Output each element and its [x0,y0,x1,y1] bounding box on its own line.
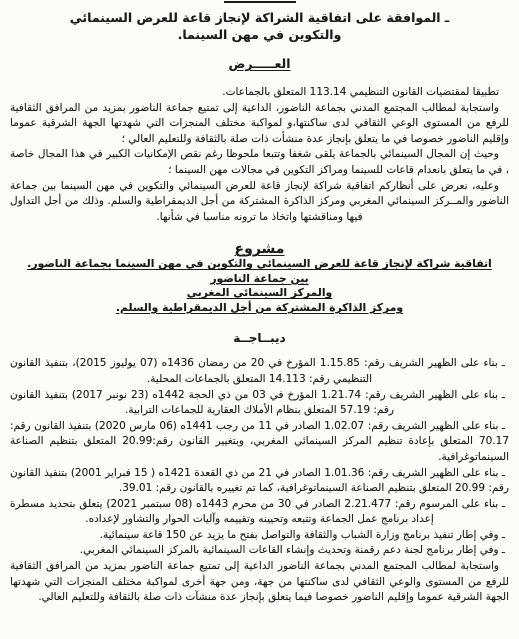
project-title-block: مشروع اتفاقية شراكة لإنجاز قاعة للعرض ال… [10,241,509,315]
expose-paragraph-3: وحيث إن المجال السينمائي بالجماعة يلقى ش… [10,147,509,178]
preamble-clause-7: ـ وفي إطار برنامج لجنة دعم رقمنة وتحديث … [10,543,509,559]
scanned-document-page: ـ الموافقة على اتفاقية الشراكة لإنجاز قا… [0,0,519,639]
expose-paragraph-2: واستجابة لمطالب المجتمع المدني بجماعة ال… [10,101,509,148]
project-party-ccm: والمركز السينمائي المغربي [10,286,509,301]
preamble-closing-paragraph: واستجابة لمطالب المجتمع المدني بجماعة ال… [10,559,509,606]
preamble-clause-4: ـ بناء على الظهير الشريف رقم: 1.01.36 ال… [10,466,509,497]
preamble-clause-5: ـ بناء على المرسوم رقم: 2.21.477 الصادر … [10,497,509,528]
project-party-memory-center: ومركز الذاكرة المشتركة من أجل الديمقراطي… [10,301,509,316]
preamble-clause-1: ـ بناء على الظهير الشريف رقم: 1.15.85 ال… [10,356,509,387]
preamble-clause-6: ـ وفي إطار تنفيذ برنامج وزارة الشباب وال… [10,528,509,544]
document-title: ـ الموافقة على اتفاقية الشراكة لإنجاز قا… [10,9,509,43]
expose-paragraph-4: وعليه، نعرض على أنظاركم اتفاقية شراكة لإ… [10,179,509,226]
top-underline-rule [224,1,296,3]
project-heading: مشروع [10,241,509,257]
preamble-heading: ديبــاجــة [10,331,509,346]
preamble-clauses: ـ بناء على الظهير الشريف رقم: 1.15.85 ال… [10,356,509,606]
expose-section-heading: العـــــرض [10,56,509,71]
expose-paragraph-1: تطبيقا لمقتضيات القانون التنظيمي 113.14 … [10,85,509,101]
document-title-line1: ـ الموافقة على اتفاقية الشراكة لإنجاز قا… [10,9,509,26]
preamble-clause-3: ـ بناء على الظهير الشريف رقم: 1.02.07 ال… [10,419,509,466]
project-subtitle: اتفاقية شراكة لإنجاز قاعة للعرض السينمائ… [10,257,509,272]
project-party-commune: بين جماعة الناضور [10,272,509,287]
preamble-clause-2: ـ بناء على الظهير الشريف رقم: 1.21.74 ال… [10,388,509,419]
document-title-line2: والتكوين في مهن السينما. [10,26,509,43]
